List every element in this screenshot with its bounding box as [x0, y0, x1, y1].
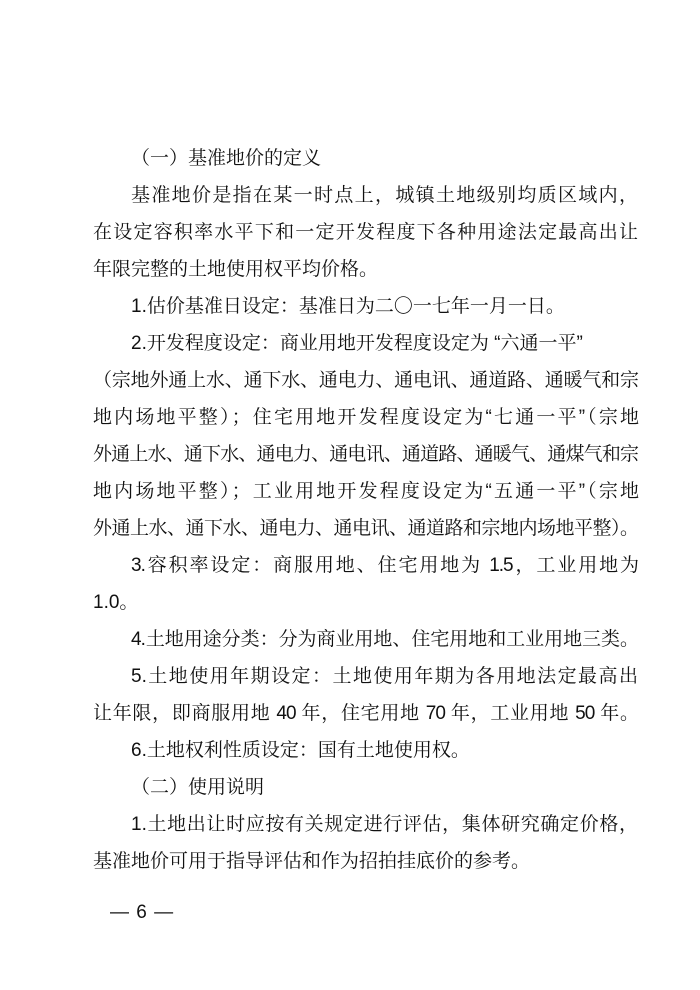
- text-line: 地内场地平整）；工业用地开发程度设定为“五通一平”（宗地: [93, 473, 638, 510]
- document-page: （一）基准地价的定义基准地价是指在某一时点上，城镇土地级别均质区域内，在设定容积…: [0, 0, 700, 990]
- text-line: （二）使用说明: [93, 769, 638, 806]
- text-line: 在设定容积率水平下和一定开发程度下各种用途法定最高出让: [93, 214, 638, 251]
- text-line: 外通上水、通下水、通电力、通电讯、通道路、通暖气、通煤气和宗: [93, 436, 638, 473]
- text-line: 1.0。: [93, 584, 638, 621]
- page-number: — 6 —: [110, 896, 174, 930]
- document-body: （一）基准地价的定义基准地价是指在某一时点上，城镇土地级别均质区域内，在设定容积…: [93, 140, 638, 880]
- text-line: 外通上水、通下水、通电力、通电讯、通道路和宗地内场地平整）。: [93, 510, 638, 547]
- text-line: 地内场地平整）；住宅用地开发程度设定为“七通一平”（宗地: [93, 399, 638, 436]
- text-line: 基准地价可用于指导评估和作为招拍挂底价的参考。: [93, 843, 638, 880]
- text-line: 5.土地使用年期设定：土地使用年期为各用地法定最高出: [93, 658, 638, 695]
- text-line: 年限完整的土地使用权平均价格。: [93, 251, 638, 288]
- text-line: 2.开发程度设定：商业用地开发程度设定为 “六通一平”: [93, 325, 638, 362]
- text-line: 基准地价是指在某一时点上，城镇土地级别均质区域内，: [93, 177, 638, 214]
- text-line: 让年限，即商服用地 40 年，住宅用地 70 年，工业用地 50 年。: [93, 695, 638, 732]
- text-line: 1.估价基准日设定：基准日为二〇一七年一月一日。: [93, 288, 638, 325]
- text-line: 4.土地用途分类：分为商业用地、住宅用地和工业用地三类。: [93, 621, 638, 658]
- text-line: （一）基准地价的定义: [93, 140, 638, 177]
- text-line: 1.土地出让时应按有关规定进行评估，集体研究确定价格，: [93, 806, 638, 843]
- text-line: （宗地外通上水、通下水、通电力、通电讯、通道路、通暖气和宗: [93, 362, 638, 399]
- text-line: 6.土地权利性质设定：国有土地使用权。: [93, 732, 638, 769]
- text-line: 3.容积率设定：商服用地、住宅用地为 1.5，工业用地为: [93, 547, 638, 584]
